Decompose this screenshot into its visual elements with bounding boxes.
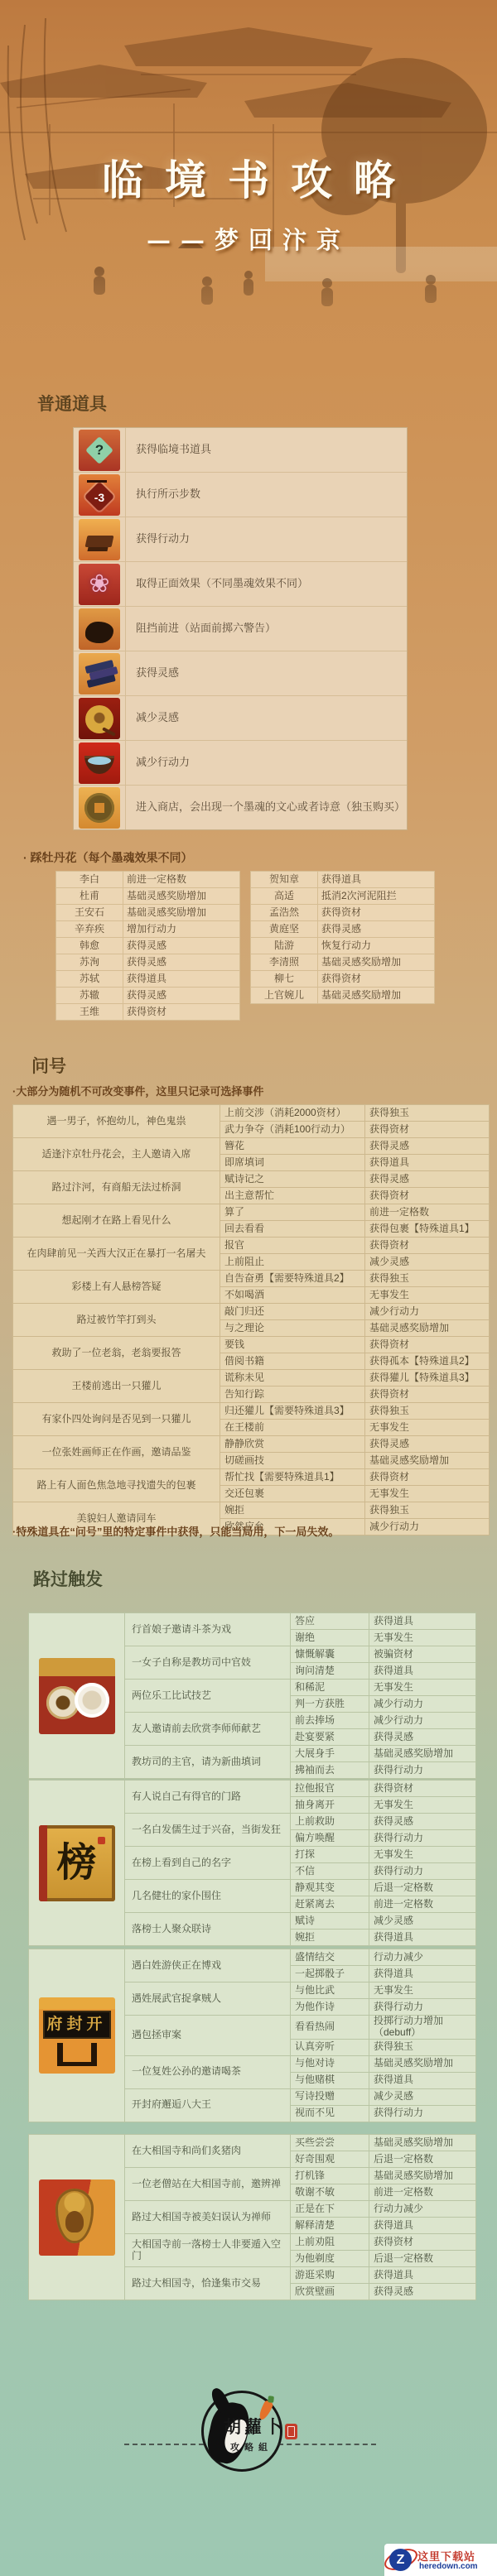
item-desc: 获得行动力 — [126, 517, 407, 561]
effect-cell: 获得道具 — [123, 971, 240, 988]
item-icon-cell: -3 — [74, 473, 126, 517]
gift-question-icon: ? — [79, 430, 120, 471]
bamboo-scroll-icon — [79, 653, 120, 694]
mud-block-icon — [79, 608, 120, 650]
choice-cell: 出主意帮忙 — [220, 1188, 365, 1204]
peony-row: 上官婉儿基础灵感奖励增加 — [251, 988, 435, 1004]
effect-cell: 抵消2次河泥阻拦 — [318, 888, 435, 905]
mohun-name-cell: 上官婉儿 — [251, 988, 318, 1004]
event-option-row: 在大相国寺和尚们炙猪肉买些尝尝基础灵感奖励增加 — [29, 2135, 476, 2151]
choice-cell: 游逛采购 — [291, 2267, 369, 2284]
choice-cell: 赴宴要紧 — [291, 1729, 369, 1746]
effect-cell: 基础灵感奖励增加 — [123, 888, 240, 905]
choice-cell: 要钱 — [220, 1337, 365, 1353]
event-option-row: 美貌妇人邀请同车婉拒获得独玉 — [13, 1502, 490, 1519]
choice-cell: 赶紧离去 — [291, 1896, 369, 1913]
event-cell: 大相国寺前一落榜士人非要遁入空门 — [125, 2234, 291, 2267]
effect-cell: 获得灵感 — [123, 938, 240, 954]
result-cell: 获得灵感 — [365, 1436, 490, 1453]
mohun-name-cell: 苏轼 — [56, 971, 123, 988]
event-option-row: 在肉肆前见一关西大汉正在暴打一名屠夫报官获得资材 — [13, 1238, 490, 1254]
mohun-name-cell: 杜甫 — [56, 888, 123, 905]
item-desc: 取得正面效果（不同墨魂效果不同） — [126, 562, 407, 606]
icon-glyph: -3 — [79, 474, 120, 516]
effect-cell: 获得灵感 — [123, 954, 240, 971]
result-cell: 获得独玉 — [369, 2039, 476, 2055]
mohun-name-cell: 辛弃疾 — [56, 921, 123, 938]
event-cell: 教坊司的主官，请为新曲填词 — [125, 1746, 291, 1779]
choice-cell: 归还獾儿【需要特殊道具3】 — [220, 1403, 365, 1420]
mohun-name-cell: 李清照 — [251, 954, 318, 971]
choice-cell: 静观其变 — [291, 1880, 369, 1896]
peony-table-left: 李白前进一定格数杜甫基础灵感奖励增加王安石基础灵感奖励增加辛弃疾增加行动力韩愈获… — [55, 871, 240, 1021]
event-option-row: 行首娘子邀请斗茶为戏答应获得道具 — [29, 1613, 476, 1630]
result-cell: 获得行动力 — [369, 1830, 476, 1847]
result-cell: 无事发生 — [365, 1486, 490, 1502]
item-desc: 减少行动力 — [126, 741, 407, 785]
choice-cell: 盛情结交 — [291, 1949, 369, 1966]
item-icon-cell — [74, 741, 126, 785]
peony-row: 李白前进一定格数 — [56, 872, 240, 888]
section-heading-common-items: 普通道具 — [37, 391, 107, 416]
peony-flower-icon: ❀ — [79, 564, 120, 605]
result-cell: 获得资材 — [365, 1469, 490, 1486]
result-cell: 获得包裹【特殊道具1】 — [365, 1221, 490, 1238]
result-cell: 前进一定格数 — [365, 1204, 490, 1221]
choice-cell: 报官 — [220, 1238, 365, 1254]
result-cell: 无事发生 — [369, 1680, 476, 1696]
peony-row: 高适抵消2次河泥阻拦 — [251, 888, 435, 905]
item-row: 减少行动力 — [74, 741, 407, 786]
table-icon-cell — [29, 1613, 125, 1779]
choice-cell: 赋诗记之 — [220, 1171, 365, 1188]
table-icon-cell: 榜 — [29, 1781, 125, 1946]
icon-glyph — [79, 698, 120, 739]
choice-cell: 算了 — [220, 1204, 365, 1221]
passby-table-tea: 行首娘子邀请斗茶为戏答应获得道具谢绝无事发生一女子自称是教坊司中官妓慷慨解囊被骗… — [28, 1612, 476, 1779]
event-option-row: 想起刚才在路上看见什么算了前进一定格数 — [13, 1204, 490, 1221]
result-cell: 获得行动力 — [369, 1762, 476, 1779]
result-cell: 获得灵感 — [365, 1138, 490, 1155]
event-cell: 在大相国寺和尚们炙猪肉 — [125, 2135, 291, 2168]
item-row: ❀取得正面效果（不同墨魂效果不同） — [74, 562, 407, 607]
effect-cell: 前进一定格数 — [123, 872, 240, 888]
result-cell: 无事发生 — [365, 1287, 490, 1304]
event-cell: 彩楼上有人悬榜答疑 — [13, 1271, 220, 1304]
result-cell: 基础灵感奖励增加 — [365, 1320, 490, 1337]
logo-text-guide-group: 攻略組 — [230, 2440, 273, 2453]
event-cell: 路过被竹竿打到头 — [13, 1304, 220, 1337]
event-cell: 两位乐工比试技艺 — [125, 1680, 291, 1713]
item-row: 减少灵感 — [74, 696, 407, 741]
event-cell: 几名健壮的家仆围住 — [125, 1880, 291, 1913]
result-cell: 行动力减少 — [369, 2201, 476, 2218]
result-cell: 减少行动力 — [369, 1696, 476, 1713]
table-move-icon — [79, 519, 120, 560]
peony-row: 王安石基础灵感奖励增加 — [56, 905, 240, 921]
result-cell: 获得行动力 — [369, 1999, 476, 2016]
item-desc: 减少灵感 — [126, 696, 407, 740]
choice-cell: 与他对诗 — [291, 2055, 369, 2072]
peony-row: 黄庭坚获得灵感 — [251, 921, 435, 938]
event-cell: 路过大相国寺被美妇误认为禅师 — [125, 2201, 291, 2234]
result-cell: 获得行动力 — [369, 2105, 476, 2122]
event-cell: 王楼前逃出一只獾儿 — [13, 1370, 220, 1403]
effect-cell: 基础灵感奖励增加 — [318, 988, 435, 1004]
choice-cell: 欣赏壁画 — [291, 2284, 369, 2300]
event-option-row: 路上有人面色焦急地寻找遗失的包裹帮忙找【需要特殊道具1】获得资材 — [13, 1469, 490, 1486]
mohun-name-cell: 柳七 — [251, 971, 318, 988]
choice-cell: 即席填词 — [220, 1155, 365, 1171]
result-cell: 基础灵感奖励增加 — [369, 2168, 476, 2184]
peony-row: 王维获得资材 — [56, 1004, 240, 1021]
result-cell: 获得资材 — [365, 1238, 490, 1254]
result-cell: 获得资材 — [369, 1781, 476, 1797]
mohun-name-cell: 贺知章 — [251, 872, 318, 888]
effect-cell: 恢复行动力 — [318, 938, 435, 954]
choice-cell: 谢绝 — [291, 1630, 369, 1646]
result-cell: 减少行动力 — [365, 1304, 490, 1320]
event-cell: 遇白姓游侠正在博戏 — [125, 1949, 291, 1982]
choice-cell: 交还包裹 — [220, 1486, 365, 1502]
choice-cell: 上前劝阻 — [291, 2234, 369, 2251]
mohun-name-cell: 高适 — [251, 888, 318, 905]
peony-row: 李清照基础灵感奖励增加 — [251, 954, 435, 971]
result-cell: 获得道具 — [369, 2072, 476, 2088]
effect-cell: 获得资材 — [318, 971, 435, 988]
choice-cell: 静静欣赏 — [220, 1436, 365, 1453]
result-cell: 获得道具 — [369, 1930, 476, 1946]
choice-cell: 判一方获胜 — [291, 1696, 369, 1713]
result-cell: 获得道具 — [369, 2218, 476, 2234]
dice-minus3-icon: -3 — [79, 474, 120, 516]
result-cell: 后退一定格数 — [369, 1880, 476, 1896]
result-cell: 获得独玉 — [365, 1502, 490, 1519]
mohun-name-cell: 王维 — [56, 1004, 123, 1021]
watermark-site-url: heredown.com — [419, 2562, 478, 2571]
peony-row: 杜甫基础灵感奖励增加 — [56, 888, 240, 905]
choice-cell: 上前阻止 — [220, 1254, 365, 1271]
result-cell: 获得资材 — [369, 2234, 476, 2251]
event-cell: 一女子自称是教坊司中官妓 — [125, 1646, 291, 1680]
choice-cell: 买些尝尝 — [291, 2135, 369, 2151]
mohun-name-cell: 王安石 — [56, 905, 123, 921]
event-option-row: 适逢汴京牡丹花会，主人邀请入席簪花获得灵感 — [13, 1138, 490, 1155]
event-cell: 在榜上看到自己的名字 — [125, 1847, 291, 1880]
effect-cell: 基础灵感奖励增加 — [123, 905, 240, 921]
peony-row: 苏轼获得道具 — [56, 971, 240, 988]
effect-cell: 获得资材 — [123, 1004, 240, 1021]
event-cell: 路上有人面色焦急地寻找遗失的包裹 — [13, 1469, 220, 1502]
result-cell: 获得道具 — [369, 1966, 476, 1982]
choice-cell: 解释清楚 — [291, 2218, 369, 2234]
event-option-row: 路过汴河，有商船无法过桥洞赋诗记之获得灵感 — [13, 1171, 490, 1188]
result-cell: 无事发生 — [365, 1420, 490, 1436]
site-watermark[interactable]: Z 这里下载站 heredown.com — [384, 2544, 497, 2576]
item-row: 获得行动力 — [74, 517, 407, 562]
choice-cell: 视而不见 — [291, 2105, 369, 2122]
event-cell: 适逢汴京牡丹花会，主人邀请入席 — [13, 1138, 220, 1171]
event-option-row: 路过被竹竿打到头敲门归还减少行动力 — [13, 1304, 490, 1320]
icon-glyph — [39, 1658, 115, 1734]
table-icon-cell: 府封开 — [29, 1949, 125, 2122]
result-cell: 获得行动力 — [369, 1863, 476, 1880]
item-row: 阻挡前进（站面前掷六警告） — [74, 607, 407, 651]
item-row: ?获得临境书道具 — [74, 428, 407, 473]
result-cell: 投掷行动力增加（debuff） — [369, 2016, 476, 2040]
item-desc: 进入商店，会出现一个墨魂的文心或者诗意（独玉购买） — [126, 786, 407, 829]
choice-cell: 婉拒 — [291, 1930, 369, 1946]
choice-cell: 偏方唤醒 — [291, 1830, 369, 1847]
section-heading-question-mark: 问号 — [31, 1053, 66, 1078]
choice-cell: 谎称未见 — [220, 1370, 365, 1387]
mohun-name-cell: 李白 — [56, 872, 123, 888]
icon-glyph: ? — [79, 430, 120, 471]
result-cell: 无事发生 — [369, 1847, 476, 1863]
choice-cell: 不如喝酒 — [220, 1287, 365, 1304]
item-icon-cell — [74, 651, 126, 695]
choice-cell: 询问清楚 — [291, 1663, 369, 1680]
choice-cell: 拂袖而去 — [291, 1762, 369, 1779]
event-option-row: 有家仆四处询问是否见到一只獾儿归还獾儿【需要特殊道具3】获得独玉 — [13, 1403, 490, 1420]
result-cell: 基础灵感奖励增加 — [369, 1746, 476, 1762]
result-cell: 获得资材 — [365, 1387, 490, 1403]
choice-cell: 写诗投赠 — [291, 2088, 369, 2105]
icon-glyph: 榜 — [39, 1825, 115, 1901]
mohun-name-cell: 陆游 — [251, 938, 318, 954]
peony-row: 贺知章获得道具 — [251, 872, 435, 888]
passby-table-ranking: 榜有人说自己有得官的门路拉他报官获得资材抽身离开无事发生一名白发儒生过于兴奋，当… — [28, 1780, 476, 1946]
event-option-row: 王楼前逃出一只獾儿谎称未见获得獾儿【特殊道具3】 — [13, 1370, 490, 1387]
choice-cell: 和稀泥 — [291, 1680, 369, 1696]
special-items-footnote: ·特殊道具在“问号”里的特定事件中获得，只能当局用，下一局失效。 — [12, 1523, 339, 1539]
choice-cell: 回去看看 — [220, 1221, 365, 1238]
result-cell: 行动力减少 — [369, 1949, 476, 1966]
result-cell: 前进一定格数 — [369, 1896, 476, 1913]
result-cell: 基础灵感奖励增加 — [369, 2055, 476, 2072]
choice-cell: 告知行踪 — [220, 1387, 365, 1403]
item-desc: 执行所示步数 — [126, 473, 407, 517]
choice-cell: 武力争夺（消耗100行动力） — [220, 1122, 365, 1138]
buddha-statue-icon — [39, 2180, 115, 2256]
result-cell: 无事发生 — [369, 1982, 476, 1999]
mohun-name-cell: 韩愈 — [56, 938, 123, 954]
item-desc: 阻挡前进（站面前掷六警告） — [126, 607, 407, 651]
item-icon-cell: ? — [74, 428, 126, 472]
result-cell: 后退一定格数 — [369, 2251, 476, 2267]
passby-table-temple: 在大相国寺和尚们炙猪肉买些尝尝基础灵感奖励增加好奇围观后退一定格数一位老僧站在大… — [28, 2134, 476, 2300]
effect-cell: 获得资材 — [318, 905, 435, 921]
event-cell: 遇包拯审案 — [125, 2016, 291, 2056]
choice-cell: 大展身手 — [291, 1746, 369, 1762]
result-cell: 获得独玉 — [365, 1105, 490, 1122]
choice-cell: 簪花 — [220, 1138, 365, 1155]
result-cell: 获得灵感 — [369, 2284, 476, 2300]
event-cell: 友人邀请前去欣赏李师师献艺 — [125, 1713, 291, 1746]
result-cell: 后退一定格数 — [369, 2151, 476, 2168]
result-cell: 获得资材 — [365, 1188, 490, 1204]
page-title: 临境书攻略 — [0, 147, 497, 207]
icon-glyph — [79, 519, 120, 560]
result-cell: 减少灵感 — [365, 1254, 490, 1271]
result-cell: 基础灵感奖励增加 — [369, 2135, 476, 2151]
choice-cell: 帮忙找【需要特殊道具1】 — [220, 1469, 365, 1486]
result-cell: 减少行动力 — [369, 1713, 476, 1729]
event-cell: 开封府邂逅八大王 — [125, 2088, 291, 2122]
event-option-row: 救助了一位老翁，老翁要报答要钱获得资材 — [13, 1337, 490, 1353]
icon-glyph — [79, 743, 120, 784]
choice-cell: 拉他报官 — [291, 1781, 369, 1797]
divider-line-left — [124, 2444, 204, 2445]
result-cell: 获得道具 — [365, 1155, 490, 1171]
peony-row: 苏洵获得灵感 — [56, 954, 240, 971]
event-cell: 一位张姓画师正在作画，邀请品鉴 — [13, 1436, 220, 1469]
result-cell: 获得灵感 — [365, 1171, 490, 1188]
event-cell: 落榜士人聚众联诗 — [125, 1913, 291, 1946]
choice-cell: 在王楼前 — [220, 1420, 365, 1436]
result-cell: 获得孤本【特殊道具2】 — [365, 1353, 490, 1370]
result-cell: 获得独玉 — [365, 1271, 490, 1287]
item-row: 进入商店，会出现一个墨魂的文心或者诗意（独玉购买） — [74, 786, 407, 829]
peony-row: 辛弃疾增加行动力 — [56, 921, 240, 938]
icon-glyph: ❀ — [79, 564, 120, 605]
effect-cell: 获得灵感 — [318, 921, 435, 938]
result-cell: 获得道具 — [369, 2267, 476, 2284]
effect-cell: 增加行动力 — [123, 921, 240, 938]
choice-cell: 不信 — [291, 1863, 369, 1880]
peony-note: · 踩牡丹花（每个墨魂效果不同） — [23, 849, 193, 866]
result-cell: 获得道具 — [369, 1663, 476, 1680]
choice-cell: 好奇围观 — [291, 2151, 369, 2168]
choice-cell: 前去捧场 — [291, 1713, 369, 1729]
mohun-name-cell: 孟浩然 — [251, 905, 318, 921]
choice-cell: 与他赌棋 — [291, 2072, 369, 2088]
result-cell: 获得灵感 — [369, 1814, 476, 1830]
event-cell: 路过汴河，有商船无法过桥洞 — [13, 1171, 220, 1204]
item-icon-cell — [74, 786, 126, 829]
choice-cell: 切磋画技 — [220, 1453, 365, 1469]
divider-line-right — [278, 2444, 376, 2445]
peony-row: 陆游恢复行动力 — [251, 938, 435, 954]
icon-glyph — [79, 653, 120, 694]
choice-cell: 上前救助 — [291, 1814, 369, 1830]
result-cell: 无事发生 — [369, 1797, 476, 1814]
result-cell: 减少灵感 — [369, 2088, 476, 2105]
choice-cell: 答应 — [291, 1613, 369, 1630]
choice-cell: 正是在下 — [291, 2201, 369, 2218]
icon-glyph: 府封开 — [39, 2011, 115, 2039]
result-cell: 获得独玉 — [365, 1403, 490, 1420]
ranking-board-icon: 榜 — [39, 1825, 115, 1901]
event-option-row: 彩楼上有人悬榜答疑自告奋勇【需要特殊道具2】获得独玉 — [13, 1271, 490, 1287]
item-desc: 获得灵感 — [126, 651, 407, 695]
choice-cell: 认真旁听 — [291, 2039, 369, 2055]
page-subtitle: ——梦回汴京 — [0, 222, 497, 256]
site-logo-icon: Z — [389, 2549, 412, 2571]
result-cell: 减少行动力 — [365, 1519, 490, 1536]
choice-cell: 自告奋勇【需要特殊道具2】 — [220, 1271, 365, 1287]
passby-table-kaifeng: 府封开遇白姓游侠正在博戏盛情结交行动力减少一起掷骰子获得道具遇姓展武官捉拿贼人与… — [28, 1949, 476, 2122]
event-cell: 想起刚才在路上看见什么 — [13, 1204, 220, 1238]
peony-row: 孟浩然获得资材 — [251, 905, 435, 921]
event-cell: 遇姓展武官捉拿贼人 — [125, 1982, 291, 2016]
choice-cell: 借阅书籍 — [220, 1353, 365, 1370]
event-cell: 有家仆四处询问是否见到一只獾儿 — [13, 1403, 220, 1436]
result-cell: 获得灵感 — [369, 1729, 476, 1746]
result-cell: 被骗资材 — [369, 1646, 476, 1663]
kaifeng-plaque-icon: 府封开 — [39, 1997, 115, 2074]
item-icon-cell — [74, 607, 126, 651]
event-cell: 救助了一位老翁，老翁要报答 — [13, 1337, 220, 1370]
common-items-table: ?获得临境书道具-3执行所示步数获得行动力❀取得正面效果（不同墨魂效果不同）阻挡… — [73, 427, 408, 830]
mohun-name-cell: 黄庭坚 — [251, 921, 318, 938]
item-icon-cell: ❀ — [74, 562, 126, 606]
choice-cell: 抽身离开 — [291, 1797, 369, 1814]
choice-cell: 敲门归还 — [220, 1304, 365, 1320]
event-option-row: 榜有人说自己有得官的门路拉他报官获得资材 — [29, 1781, 476, 1797]
coin-icon — [79, 787, 120, 829]
event-cell: 路过大相国寺，恰逢集市交易 — [125, 2267, 291, 2300]
icon-glyph — [79, 787, 120, 829]
choice-cell: 与他比武 — [291, 1982, 369, 1999]
peony-row: 韩愈获得灵感 — [56, 938, 240, 954]
event-cell: 遇一男子，怀抱幼儿，神色鬼祟 — [13, 1105, 220, 1138]
item-icon-cell — [74, 696, 126, 740]
effect-cell: 获得灵感 — [123, 988, 240, 1004]
item-icon-cell — [74, 517, 126, 561]
result-cell: 基础灵感奖励增加 — [365, 1453, 490, 1469]
result-cell: 减少灵感 — [369, 1913, 476, 1930]
event-option-row: 一位张姓画师正在作画，邀请品鉴静静欣赏获得灵感 — [13, 1436, 490, 1453]
gong-icon — [79, 698, 120, 739]
peony-row: 柳七获得资材 — [251, 971, 435, 988]
result-cell: 前进一定格数 — [369, 2184, 476, 2201]
peony-table-right: 贺知章获得道具高适抵消2次河泥阻拦孟浩然获得资材黄庭坚获得灵感陆游恢复行动力李清… — [250, 871, 435, 1004]
choice-cell: 为他剃度 — [291, 2251, 369, 2267]
choice-cell: 与之理论 — [220, 1320, 365, 1337]
event-cell: 一名白发儒生过于兴奋，当街发狂 — [125, 1814, 291, 1847]
event-cell: 一位复姓公孙的邀请喝茶 — [125, 2055, 291, 2088]
choice-cell: 打机锋 — [291, 2168, 369, 2184]
event-cell: 一位老僧站在大相国寺前，邀辨禅 — [125, 2168, 291, 2201]
event-option-row: 府封开遇白姓游侠正在博戏盛情结交行动力减少 — [29, 1949, 476, 1966]
choice-cell: 上前交涉（消耗2000资材） — [220, 1105, 365, 1122]
event-cell: 行首娘子邀请斗茶为戏 — [125, 1613, 291, 1646]
tea-bowls-icon — [39, 1658, 115, 1734]
item-row: 获得灵感 — [74, 651, 407, 696]
icon-glyph — [79, 608, 120, 650]
choice-cell: 赋诗 — [291, 1913, 369, 1930]
question-mark-table: 遇一男子，怀抱幼儿，神色鬼祟上前交涉（消耗2000资材）获得独玉武力争夺（消耗1… — [12, 1104, 490, 1536]
result-cell: 获得资材 — [365, 1337, 490, 1353]
event-cell: 有人说自己有得官的门路 — [125, 1781, 291, 1814]
choice-cell: 打探 — [291, 1847, 369, 1863]
event-cell: 在肉肆前见一关西大汉正在暴打一名屠夫 — [13, 1238, 220, 1271]
water-bowl-icon — [79, 743, 120, 784]
peony-row: 苏辙获得灵感 — [56, 988, 240, 1004]
logo-text-carrot: 胡蘿卜 — [224, 2414, 286, 2439]
effect-cell: 基础灵感奖励增加 — [318, 954, 435, 971]
event-option-row: 遇一男子，怀抱幼儿，神色鬼祟上前交涉（消耗2000资材）获得独玉 — [13, 1105, 490, 1122]
result-cell: 获得资材 — [365, 1122, 490, 1138]
section-heading-passby: 路过触发 — [33, 1566, 103, 1591]
red-seal-icon — [285, 2424, 297, 2439]
mohun-name-cell: 苏辙 — [56, 988, 123, 1004]
item-row: -3执行所示步数 — [74, 473, 407, 517]
choice-cell: 敬谢不敏 — [291, 2184, 369, 2201]
choice-cell: 慷慨解囊 — [291, 1646, 369, 1663]
item-desc: 获得临境书道具 — [126, 428, 407, 472]
